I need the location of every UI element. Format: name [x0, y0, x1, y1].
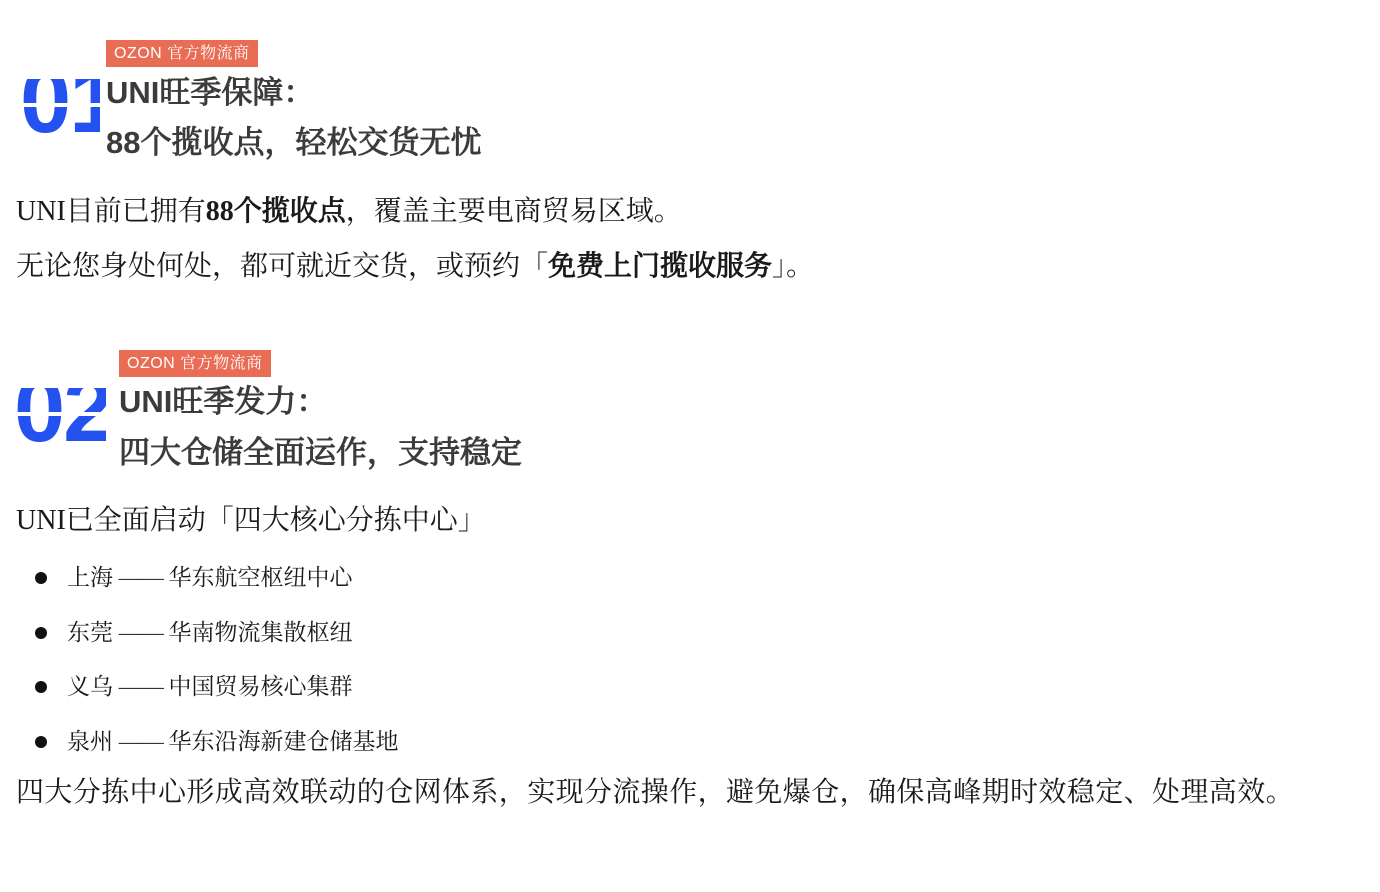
list-item: 上海 —— 华东航空枢纽中心 [0, 563, 399, 618]
center-separator: —— [119, 674, 163, 699]
center-description: 华东沿海新建仓储基地 [169, 729, 399, 754]
list-item: 东莞 —— 华南物流集散枢纽 [0, 618, 399, 673]
paragraph-conclusion: 四大分拣中心形成高效联动的仓网体系，实现分流操作，避免爆仓，确保高峰期时效稳定、… [16, 765, 1376, 820]
bullet-icon [35, 681, 47, 693]
section-number: 02 [14, 388, 106, 442]
section-02: OZON 官方物流商 02 UNI旺季发力： 四大仓储全面运作，支持稳定 UNI… [0, 0, 1380, 892]
center-description: 华南物流集散枢纽 [169, 620, 353, 645]
ozon-official-badge: OZON 官方物流商 [119, 350, 271, 377]
center-city: 东莞 [67, 620, 113, 645]
list-item: 义乌 —— 中国贸易核心集群 [0, 672, 399, 727]
sorting-centers-list: 上海 —— 华东航空枢纽中心 东莞 —— 华南物流集散枢纽 义乌 —— 中国贸易… [0, 563, 399, 781]
number-stripe-decoration [14, 412, 106, 416]
center-description: 华东航空枢纽中心 [169, 565, 353, 590]
center-separator: —— [119, 729, 163, 754]
center-separator: —— [119, 620, 163, 645]
center-description: 中国贸易核心集群 [169, 674, 353, 699]
section-heading-line2: 四大仓储全面运作，支持稳定 [119, 428, 522, 478]
bullet-icon [35, 736, 47, 748]
center-city: 上海 [67, 565, 113, 590]
paragraph-sorting-centers-intro: UNI已全面启动「四大核心分拣中心」 [16, 493, 486, 548]
bullet-icon [35, 572, 47, 584]
center-separator: —— [119, 565, 163, 590]
section-heading-line1: UNI旺季发力： [119, 377, 327, 427]
center-city: 义乌 [67, 674, 113, 699]
center-city: 泉州 [67, 729, 113, 754]
bullet-icon [35, 627, 47, 639]
